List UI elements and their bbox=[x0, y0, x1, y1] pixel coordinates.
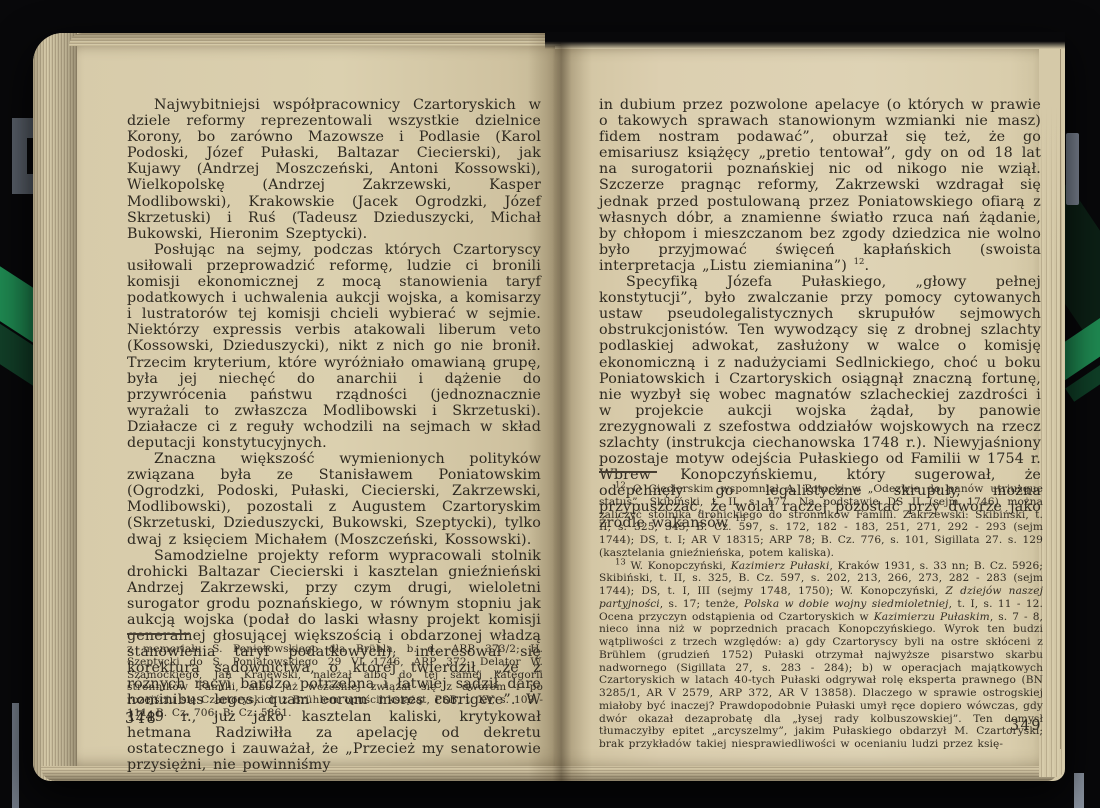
gray-bar-left-bottom bbox=[12, 703, 19, 808]
paragraph: z memoriału S. Poniatowskiego dla Brühla… bbox=[127, 643, 543, 720]
open-book: Najwybitniejsi współpracownicy Czartorys… bbox=[33, 33, 1065, 781]
gray-bar-right-bottom bbox=[1074, 773, 1084, 808]
footnote-marker: 12 bbox=[615, 480, 626, 490]
paragraph: in dubium przez pozwolone apelacye (o kt… bbox=[599, 97, 1041, 274]
book-top-edge-pages bbox=[69, 33, 561, 46]
right-page-edge-line bbox=[1060, 49, 1061, 749]
left-page-number: 348 bbox=[125, 711, 157, 727]
left-footnote-separator bbox=[127, 633, 189, 635]
book-fore-edge-pages bbox=[33, 33, 77, 781]
right-page-body-text: in dubium przez pozwolone apelacye (o kt… bbox=[599, 97, 1041, 532]
right-footnote-separator bbox=[599, 471, 657, 473]
video-frame-background: Najwybitniejsi współpracownicy Czartorys… bbox=[0, 0, 1100, 808]
paragraph: Najwybitniejsi współpracownicy Czartorys… bbox=[127, 97, 541, 242]
right-page-footnotes: 12 O Ciecierskim wspomniał A. Potocki w … bbox=[599, 483, 1043, 751]
gray-bracket-bar bbox=[12, 118, 27, 194]
paragraph: Znaczna większość wymienionych polityków… bbox=[127, 451, 541, 548]
right-page-top-shadow bbox=[545, 32, 1065, 49]
paragraph: Posłując na sejmy, podczas których Czart… bbox=[127, 242, 541, 451]
right-page-number: 349 bbox=[599, 718, 1042, 734]
footnote-marker: 12 bbox=[854, 257, 865, 267]
left-page-footnote: z memoriału S. Poniatowskiego dla Brühla… bbox=[127, 643, 543, 720]
paragraph: 12 O Ciecierskim wspomniał A. Potocki w … bbox=[599, 483, 1043, 560]
footnote-marker: 13 bbox=[615, 557, 626, 567]
gray-bar-right-top bbox=[1066, 133, 1079, 205]
